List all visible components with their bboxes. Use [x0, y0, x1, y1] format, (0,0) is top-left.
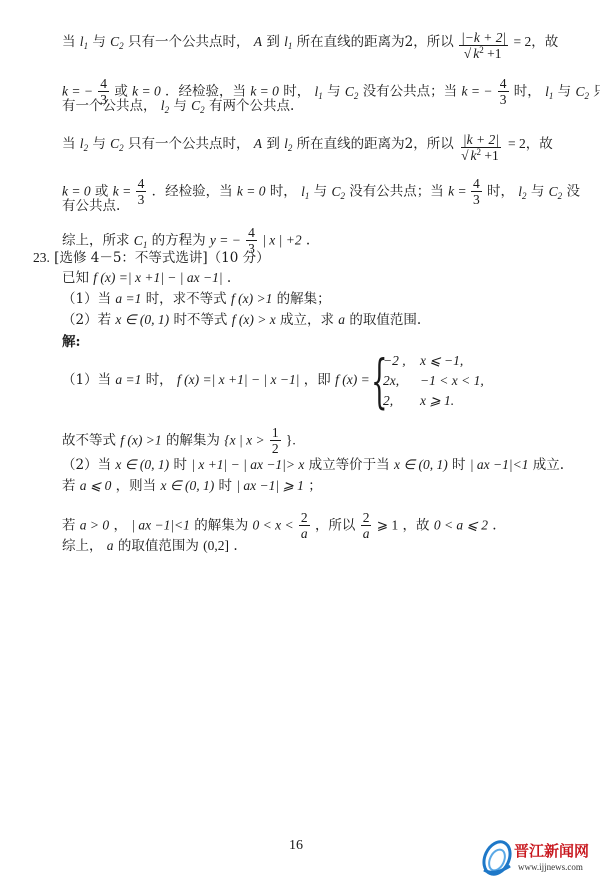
denominator: √k2 +1 [459, 148, 503, 165]
solution-part-2: （2）当 x ∈ (0, 1) 时 | x +1| − | ax −1|> x … [62, 457, 564, 473]
piecewise-row: −1 < x < 1, [420, 372, 484, 389]
math-C2: C2 [110, 136, 124, 151]
math: a > 0 [80, 518, 109, 533]
solution-case-a-nonpositive: 若 a ⩽ 0 ，则当 x ∈ (0, 1) 时 | ax −1| ⩾ 1 ； [62, 478, 322, 494]
math: k = [448, 184, 470, 199]
watermark-logo: 晋江新闻网 www.ijjnews.com [480, 836, 598, 882]
math-l1: l1 [284, 34, 292, 49]
question-23-part-2: （2）若 x ∈ (0, 1) 时不等式 f (x) > x 成立，求 a 的取… [62, 312, 421, 328]
math-l1: l1 [315, 84, 323, 99]
math: a =1 [115, 372, 141, 387]
text: ； [308, 478, 322, 494]
math-l2: l2 [80, 136, 88, 151]
text: 时， [514, 84, 541, 100]
math-C2: C2 [549, 184, 563, 199]
piecewise-row: x ⩽ −1, [420, 352, 463, 369]
fraction-distance: |−k + 2| √k2 +1 [459, 30, 508, 63]
text: 只 [593, 84, 600, 100]
text: 与 [173, 98, 187, 114]
math: x ∈ (0, 1) [115, 312, 169, 327]
text: ， [113, 518, 127, 534]
math: k = 0 [250, 84, 279, 99]
question-heading: [选修 4－5：不等式选讲]（10 分） [54, 250, 269, 266]
text: ，所以 [315, 518, 356, 534]
math-l1: l1 [545, 84, 553, 99]
math: k = − [62, 84, 93, 99]
numerator: |−k + 2| [459, 30, 508, 46]
text: 与 [92, 34, 106, 50]
fraction: 2a [299, 510, 310, 542]
text: . [233, 538, 237, 554]
math: k = 0 [132, 84, 161, 99]
math: 0 < x < [253, 518, 294, 533]
math: | ax −1| ⩾ 1 [236, 478, 304, 493]
text: 若 [62, 478, 76, 494]
text: 已知 [62, 270, 89, 286]
math: f (x) =| x +1| − | x −1| [177, 372, 300, 387]
text: 有一个公共点， [62, 98, 157, 114]
text: 所在直线的距离为2，所以 [297, 136, 454, 152]
math: a =1 [115, 291, 141, 306]
question-23-title: 23. [选修 4－5：不等式选讲]（10 分） [33, 250, 270, 266]
text: 的方程为 [152, 233, 206, 249]
text: 成立等价于当 [309, 457, 390, 473]
math-l2: l2 [161, 98, 169, 113]
piecewise-row: 2x, [383, 372, 399, 389]
text: 若 [62, 518, 76, 534]
math: f (x) =| x +1| − | ax −1| [93, 270, 222, 285]
text: }. [286, 433, 296, 448]
text: 没有公共点；当 [363, 84, 458, 100]
text: 解: [62, 334, 80, 350]
text: 时 [173, 457, 187, 473]
piecewise-row: x ⩾ 1. [420, 392, 454, 409]
math: 0 < a ⩽ 2 [434, 518, 488, 533]
text: 与 [531, 184, 545, 200]
math-C2: C2 [331, 184, 345, 199]
math: a ⩽ 0 [80, 478, 112, 493]
document-page: 当 l1 与 C2 只有一个公共点时， A 到 l1 所在直线的距离为2，所以 … [0, 0, 600, 890]
math-C2: C2 [110, 34, 124, 49]
text: 与 [558, 84, 572, 100]
fraction-distance: |k + 2| √k2 +1 [459, 132, 503, 165]
math: | ax −1|<1 [131, 518, 190, 533]
math: x ∈ (0, 1) [160, 478, 214, 493]
text: 与 [314, 184, 328, 200]
math-C2: C2 [191, 98, 205, 113]
text: 时不等式 [173, 312, 227, 328]
math: f (x) > x [232, 312, 276, 327]
math: f (x) = [335, 372, 370, 387]
text-line-l3: 有一个公共点， l2 与 C2 有两个公共点. [62, 98, 294, 115]
fraction: 2a [361, 510, 372, 542]
text: 与 [327, 84, 341, 100]
math-l2: l2 [284, 136, 292, 151]
text: 有公共点. [62, 198, 120, 214]
denominator: √k2 +1 [462, 46, 506, 63]
math: a [107, 538, 114, 553]
text: 时， [487, 184, 514, 200]
text: 的取值范围. [349, 312, 421, 328]
text: 综上， [62, 538, 103, 554]
text: 时， [146, 372, 173, 388]
text: 与 [92, 136, 106, 152]
numerator: |k + 2| [461, 132, 501, 148]
math-C2: C2 [345, 84, 359, 99]
fraction: 43 [498, 76, 509, 108]
piecewise-row: −2 , [383, 352, 406, 369]
math: k = 0 [62, 184, 91, 199]
text: 的解集为 [194, 518, 248, 534]
math: a [338, 312, 345, 327]
text-line-l5-solutions: k = 0 或 k = 43 ．经检验，当 k = 0 时， l1 与 C2 没… [62, 176, 580, 208]
text: ，则当 [116, 478, 157, 494]
piecewise-row: 2, [383, 392, 393, 409]
math: ⩾ 1 [377, 518, 398, 533]
fraction: 43 [136, 176, 147, 208]
math: {x | x > [224, 433, 264, 448]
text: = 2，故 [514, 34, 559, 49]
page-number: 16 [289, 838, 303, 854]
text: 只有一个公共点时， [128, 136, 250, 152]
question-number: 23. [33, 250, 50, 265]
text: . [492, 518, 496, 534]
math: | ax −1|<1 [470, 457, 529, 472]
math-l1: l1 [301, 184, 309, 199]
math-l1: l1 [80, 34, 88, 49]
text: 综上，所求 [62, 233, 130, 249]
math-A: A [254, 136, 262, 151]
math: x ∈ (0, 1) [394, 457, 448, 472]
text: 的取值范围为 [118, 538, 199, 554]
text: ．经检验，当 [152, 184, 233, 200]
text: 故不等式 [62, 433, 116, 449]
solution-part-1: （1）当 a =1 时， f (x) =| x +1| − | x −1| ，即… [62, 372, 370, 388]
text: 只有一个公共点时， [128, 34, 250, 50]
text: 到 [266, 136, 280, 152]
math-C2: C2 [575, 84, 589, 99]
text: 没有公共点；当 [349, 184, 444, 200]
text: 当 [62, 34, 76, 50]
math: y = − [210, 233, 241, 248]
text: 所在直线的距离为2，所以 [297, 34, 454, 50]
math: f (x) >1 [120, 433, 161, 448]
text: 时 [219, 478, 233, 494]
math: x ∈ (0, 1) [115, 457, 169, 472]
watermark-name: 晋江新闻网 [514, 840, 589, 861]
math: | x | +2 [262, 233, 301, 248]
solution-label: 解: [62, 334, 80, 350]
text: 时，求不等式 [146, 291, 227, 307]
text: （2）当 [62, 457, 111, 473]
math-l2: l2 [518, 184, 526, 199]
text: （2）若 [62, 312, 111, 328]
math-C1: C1 [134, 233, 148, 248]
text: 当 [62, 136, 76, 152]
fraction: 43 [471, 176, 482, 208]
watermark-url: www.ijjnews.com [518, 862, 583, 872]
text: 时， [270, 184, 297, 200]
text: ，即 [304, 372, 331, 388]
fraction: 12 [270, 425, 281, 457]
math-A: A [254, 34, 262, 49]
text: 有两个公共点. [209, 98, 294, 114]
text: 成立，求 [280, 312, 334, 328]
math: (0,2] [203, 538, 229, 553]
question-23-part-1: （1）当 a =1 时，求不等式 f (x) >1 的解集； [62, 291, 331, 307]
text: . [306, 233, 310, 249]
solution-part-1-result: 故不等式 f (x) >1 的解集为 {x | x > 12 }. [62, 425, 296, 457]
math: | x +1| − | ax −1|> x [191, 457, 304, 472]
text-line-l1-condition: 当 l1 与 C2 只有一个公共点时， A 到 l1 所在直线的距离为2，所以 … [62, 26, 558, 59]
text: 的解集； [277, 291, 331, 307]
math: k = − [461, 84, 492, 99]
text: 没 [566, 184, 580, 200]
math: k = [113, 184, 135, 199]
text: 到 [266, 34, 280, 50]
text: = 2，故 [508, 136, 553, 151]
text-line-l6: 有公共点. [62, 198, 120, 214]
math: k = 0 [237, 184, 266, 199]
text: 的解集为 [166, 433, 220, 449]
text: . [227, 270, 231, 286]
text-line-l4-condition: 当 l2 与 C2 只有一个公共点时， A 到 l2 所在直线的距离为2，所以 … [62, 128, 553, 161]
text: 时 [452, 457, 466, 473]
math: f (x) >1 [231, 291, 272, 306]
solution-conclusion: 综上， a 的取值范围为 (0,2] . [62, 538, 238, 554]
text: ，故 [403, 518, 430, 534]
swoosh-logo-icon [480, 836, 514, 880]
question-23-given: 已知 f (x) =| x +1| − | ax −1| . [62, 270, 231, 286]
text: （1）当 [62, 372, 111, 388]
text: 成立. [533, 457, 564, 473]
text: （1）当 [62, 291, 111, 307]
